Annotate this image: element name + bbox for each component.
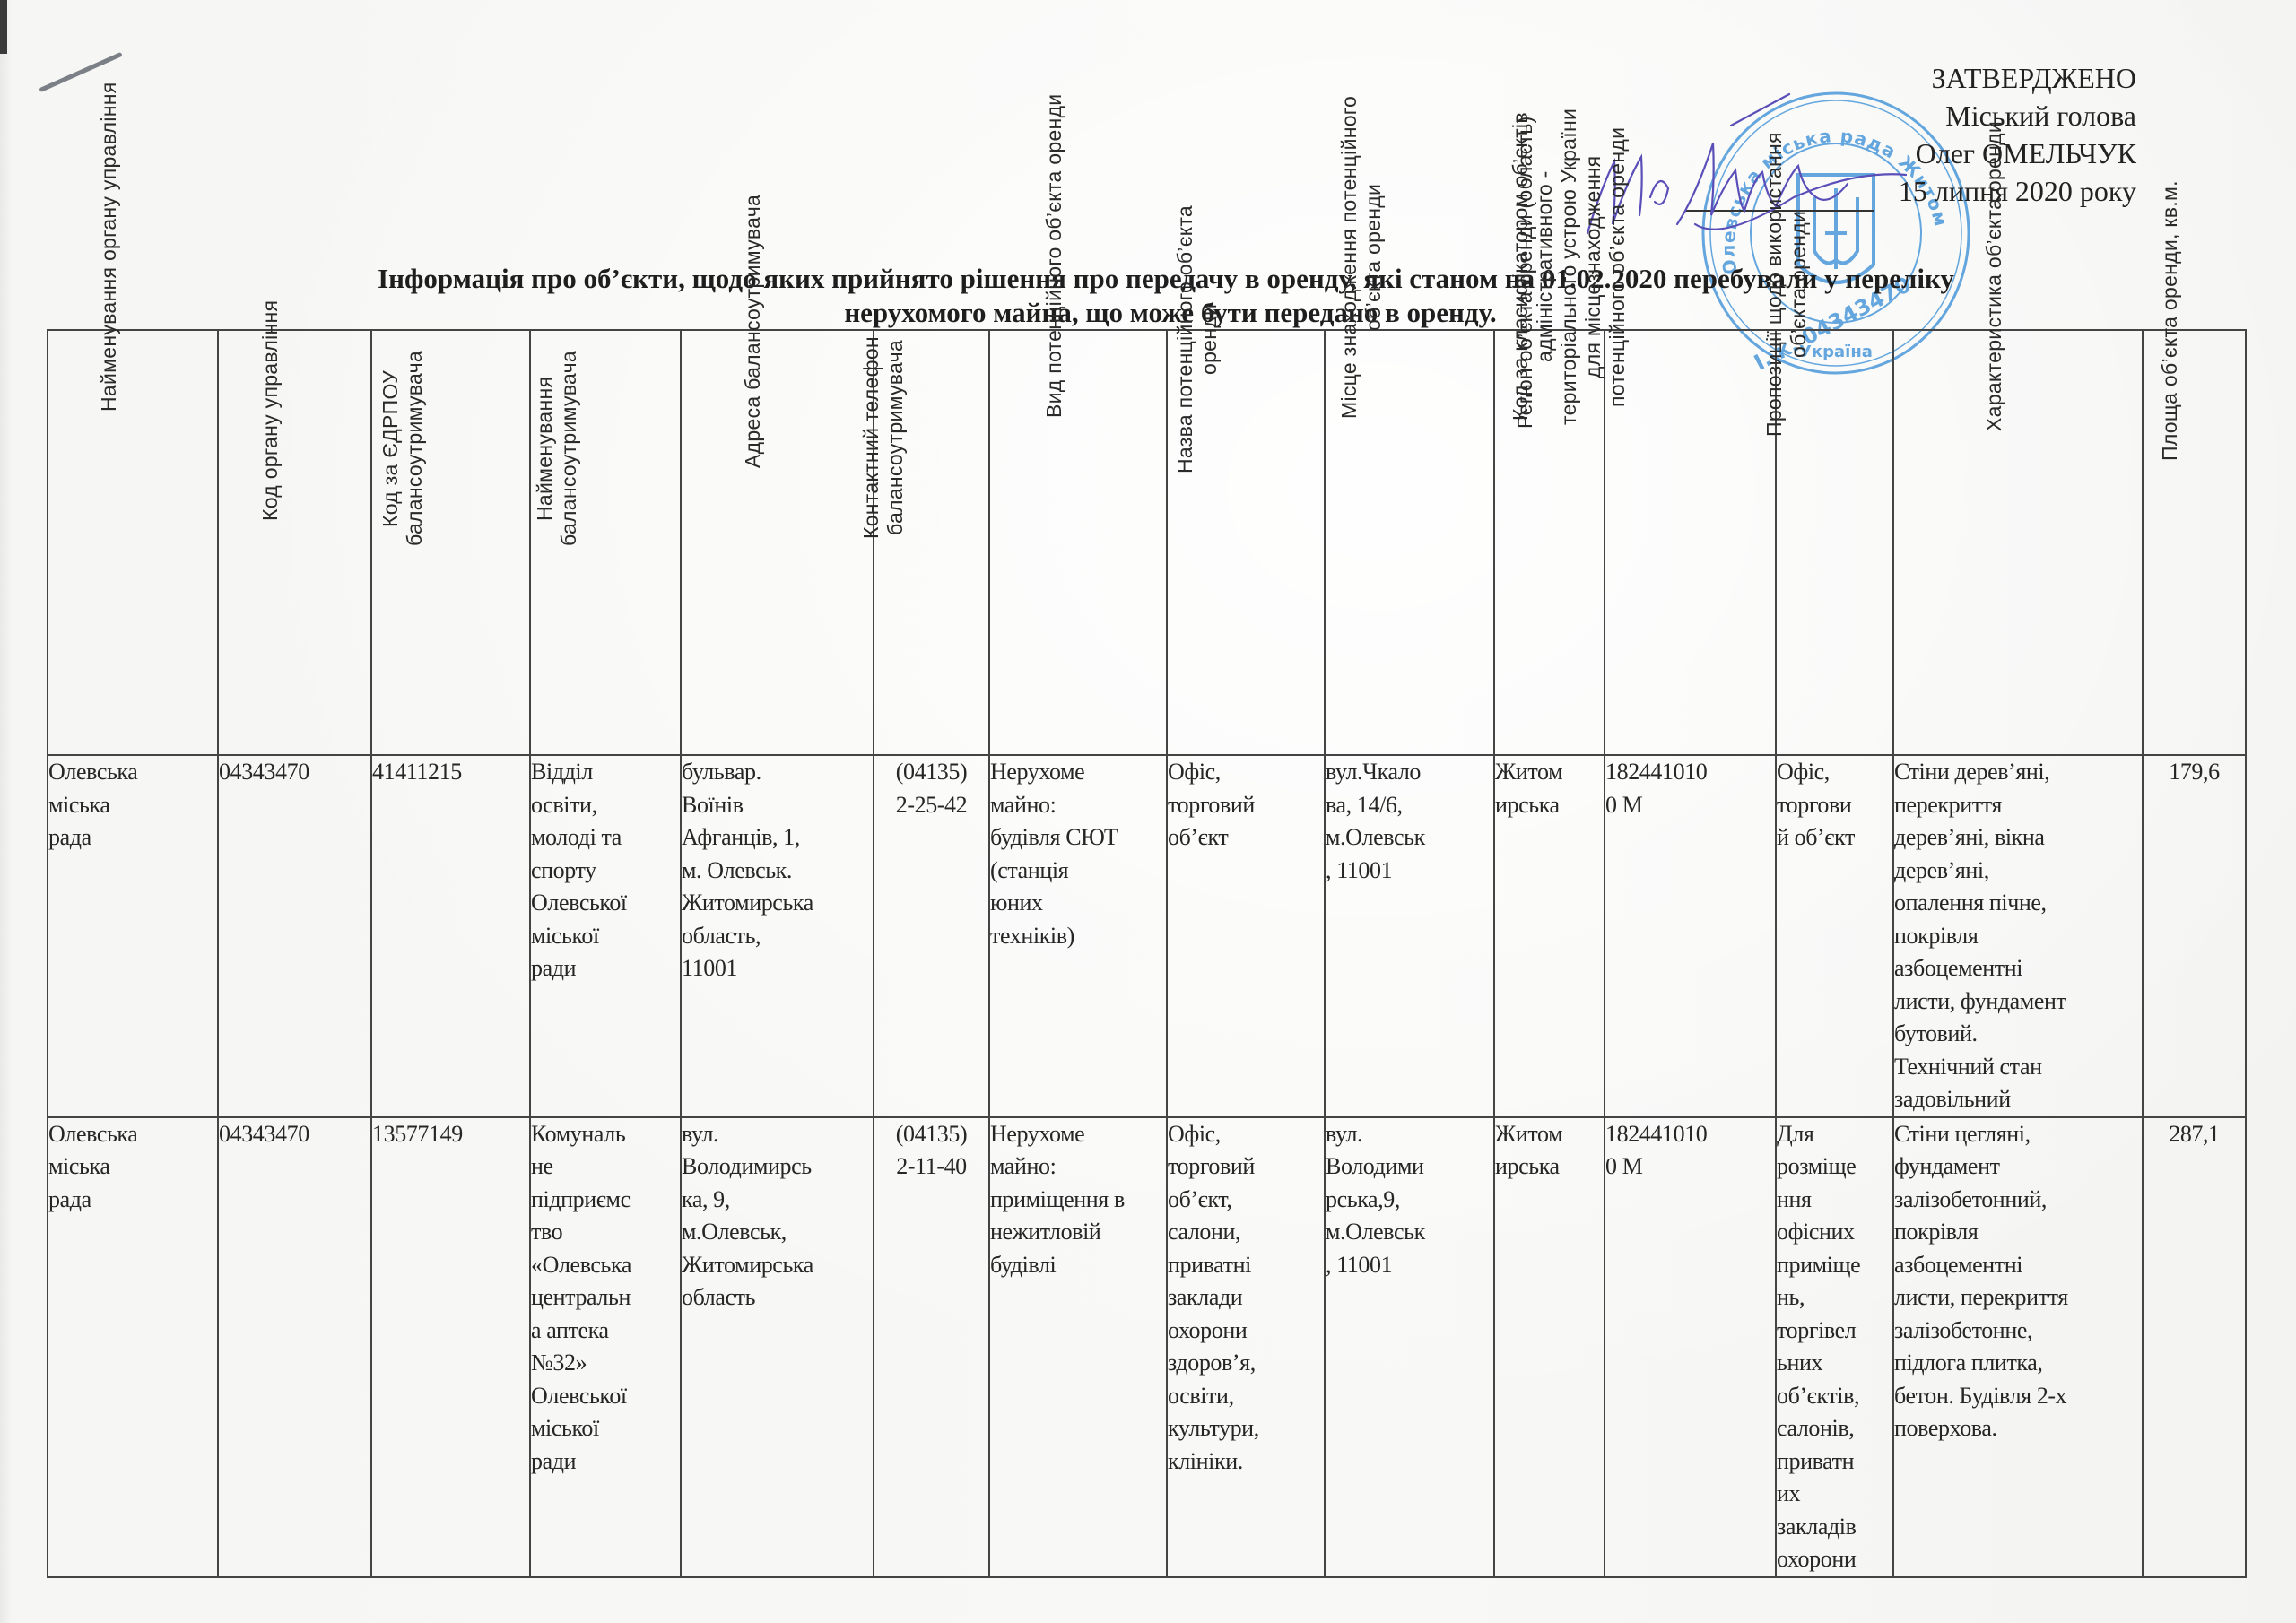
header-text: Контактний телефон балансоутримувача (859, 336, 908, 539)
header-text: Місце знаходження потенційного об’єкта о… (1337, 96, 1386, 419)
rental-objects-table: Найменування органу управління Код орган… (47, 329, 2247, 1578)
cell-balance-holder-name: Відділ освіти, молоді та спорту Олевсько… (530, 755, 681, 1117)
cell-object-name: Офіс, торговий об’єкт (1167, 755, 1325, 1117)
cell-usage-proposals: Офіс, торгови й об’єкт (1776, 755, 1893, 1117)
header-text: Вид потенційного об’єкта оренди (1042, 93, 1066, 417)
table-row: Олевська міська рада 04343470 41411215 В… (48, 755, 2246, 1117)
header-text: Площа об’єкта оренди, кв.м. (2158, 180, 2182, 461)
cell-contact-phone: (04135) 2-11-40 (874, 1117, 989, 1577)
header-edrpou-code: Код за ЄДРПОУ балансоутримувача (371, 330, 530, 755)
header-object-name: Назва потенційного об’єкта оренди (1167, 330, 1325, 755)
approval-block: ЗАТВЕРДЖЕНО Міський голова Олег ОМЕЛЬЧУК… (1899, 59, 2136, 210)
cell-balance-holder-name: Комуналь не підприємс тво «Олевська цент… (530, 1117, 681, 1577)
header-object-type: Вид потенційного об’єкта оренди (989, 330, 1167, 755)
header-koatuu-code: Код за класифікатором об’єктів адміністр… (1605, 330, 1776, 755)
header-text: Характеристика об’єкта оренди (1982, 121, 2006, 431)
cell-balance-holder-address: бульвар. Воїнів Афганців, 1, м. Олевськ.… (681, 755, 874, 1117)
header-object-area: Площа об’єкта оренди, кв.м. (2143, 330, 2246, 755)
cell-object-location: вул. Володими рська,9, м.Олевськ , 11001 (1325, 1117, 1494, 1577)
cell-object-characteristics: Стіни цегляні, фундамент залізобетонний,… (1893, 1117, 2143, 1577)
cell-region: Житом ирська (1494, 755, 1605, 1117)
cell-object-location: вул.Чкало ва, 14/6, м.Олевськ , 11001 (1325, 755, 1494, 1117)
header-text: Пропозиції щодо використання об’єкта оре… (1762, 132, 1811, 437)
cell-usage-proposals: Для розміще ння офісних приміще нь, торг… (1776, 1117, 1893, 1577)
approval-date: 15 липня 2020 року (1899, 172, 2136, 210)
header-text: Код за ЄДРПОУ балансоутримувача (378, 351, 427, 546)
document-title-line1: Інформація про об’єкти, щодо яких прийня… (18, 262, 2296, 296)
header-management-body-name: Найменування органу управління (48, 330, 218, 755)
cell-edrpou-code: 41411215 (371, 755, 530, 1117)
header-usage-proposals: Пропозиції щодо використання об’єкта оре… (1776, 330, 1893, 755)
cell-object-name: Офіс, торговий об’єкт, салони, приватні … (1167, 1117, 1325, 1577)
table-row: Олевська міська рада 04343470 13577149 К… (48, 1117, 2246, 1577)
cell-koatuu-code: 182441010 0 М (1605, 1117, 1776, 1577)
cell-object-characteristics: Стіни дерев’яні, перекриття дерев’яні, в… (1893, 755, 2143, 1117)
header-text: Найменування балансоутримувача (533, 351, 581, 546)
header-object-characteristics: Характеристика об’єкта оренди (1893, 330, 2143, 755)
cell-object-area: 179,6 (2143, 755, 2246, 1117)
header-object-location: Місце знаходження потенційного об’єкта о… (1325, 330, 1494, 755)
cell-management-body-name: Олевська міська рада (48, 755, 218, 1117)
header-contact-phone: Контактний телефон балансоутримувача (874, 330, 989, 755)
cell-region: Житом ирська (1494, 1117, 1605, 1577)
cell-edrpou-code: 13577149 (371, 1117, 530, 1577)
cell-management-body-code: 04343470 (218, 1117, 371, 1577)
cell-contact-phone: (04135) 2-25-42 (874, 755, 989, 1117)
approval-signatory: Олег ОМЕЛЬЧУК (1899, 135, 2136, 172)
header-text: Найменування органу управління (97, 82, 121, 412)
header-balance-holder-address: Адреса балансоутримувача (681, 330, 874, 755)
scan-edge-shadow (0, 0, 7, 54)
document-title-line2: нерухомого майна, що може бути передано … (22, 296, 2296, 330)
table-header-row: Найменування органу управління Код орган… (48, 330, 2246, 755)
cell-object-type: Нерухоме майно: будівля СЮТ (станція юни… (989, 755, 1167, 1117)
header-balance-holder-name: Найменування балансоутримувача (530, 330, 681, 755)
cell-object-type: Нерухоме майно: приміщення в нежитловій … (989, 1117, 1167, 1577)
header-text: Назва потенційного об’єкта оренди (1173, 205, 1222, 473)
header-text: Адреса балансоутримувача (741, 195, 765, 468)
approval-position: Міський голова (1899, 97, 2136, 135)
header-management-body-code: Код органу управління (218, 330, 371, 755)
cell-balance-holder-address: вул. Володимирсь ка, 9, м.Олевськ, Житом… (681, 1117, 874, 1577)
approval-title: ЗАТВЕРДЖЕНО (1899, 59, 2136, 97)
cell-management-body-name: Олевська міська рада (48, 1117, 218, 1577)
cell-management-body-code: 04343470 (218, 755, 371, 1117)
header-text: Код органу управління (258, 299, 283, 520)
cell-koatuu-code: 182441010 0 М (1605, 755, 1776, 1117)
header-text: Код за класифікатором об’єктів адміністр… (1509, 108, 1630, 425)
cell-object-area: 287,1 (2143, 1117, 2246, 1577)
